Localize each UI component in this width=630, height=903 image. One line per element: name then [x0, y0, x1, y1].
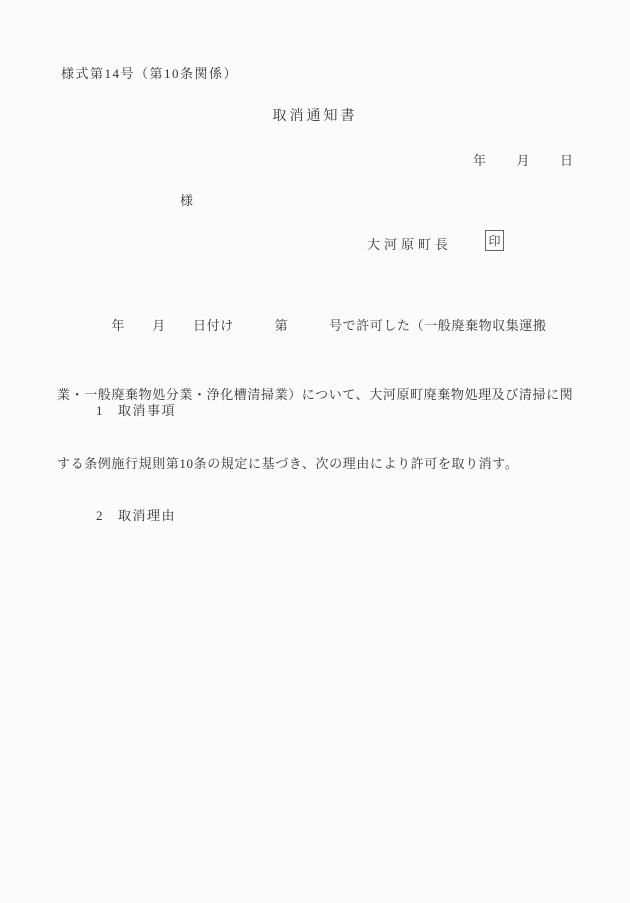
- document-page: 様式第14号（第10条関係） 取消通知書 年 月 日 様 大河原町長 印 年 月…: [0, 0, 630, 903]
- item-label: 取消事項: [118, 403, 176, 418]
- item-cancellation-reason: 2取消理由: [77, 489, 176, 540]
- item-number: 2: [96, 508, 104, 523]
- body-line: する条例施行規則第10条の規定に基づき、次の理由により許可を取り消す。: [57, 452, 579, 475]
- issuer-title: 大河原町長: [367, 234, 452, 253]
- addressee-suffix: 様: [180, 190, 194, 209]
- item-cancellation-matters: 1取消事項: [77, 384, 176, 435]
- form-number: 様式第14号（第10条関係）: [61, 63, 238, 82]
- item-number: 1: [96, 403, 104, 418]
- seal-placeholder: 印: [485, 230, 504, 251]
- body-line: 年 月 日付け 第 号で許可した（一般廃棄物収集運搬: [57, 314, 579, 337]
- date-line: 年 月 日: [473, 150, 575, 169]
- item-label: 取消理由: [118, 508, 176, 523]
- page-title: 取消通知書: [0, 105, 630, 125]
